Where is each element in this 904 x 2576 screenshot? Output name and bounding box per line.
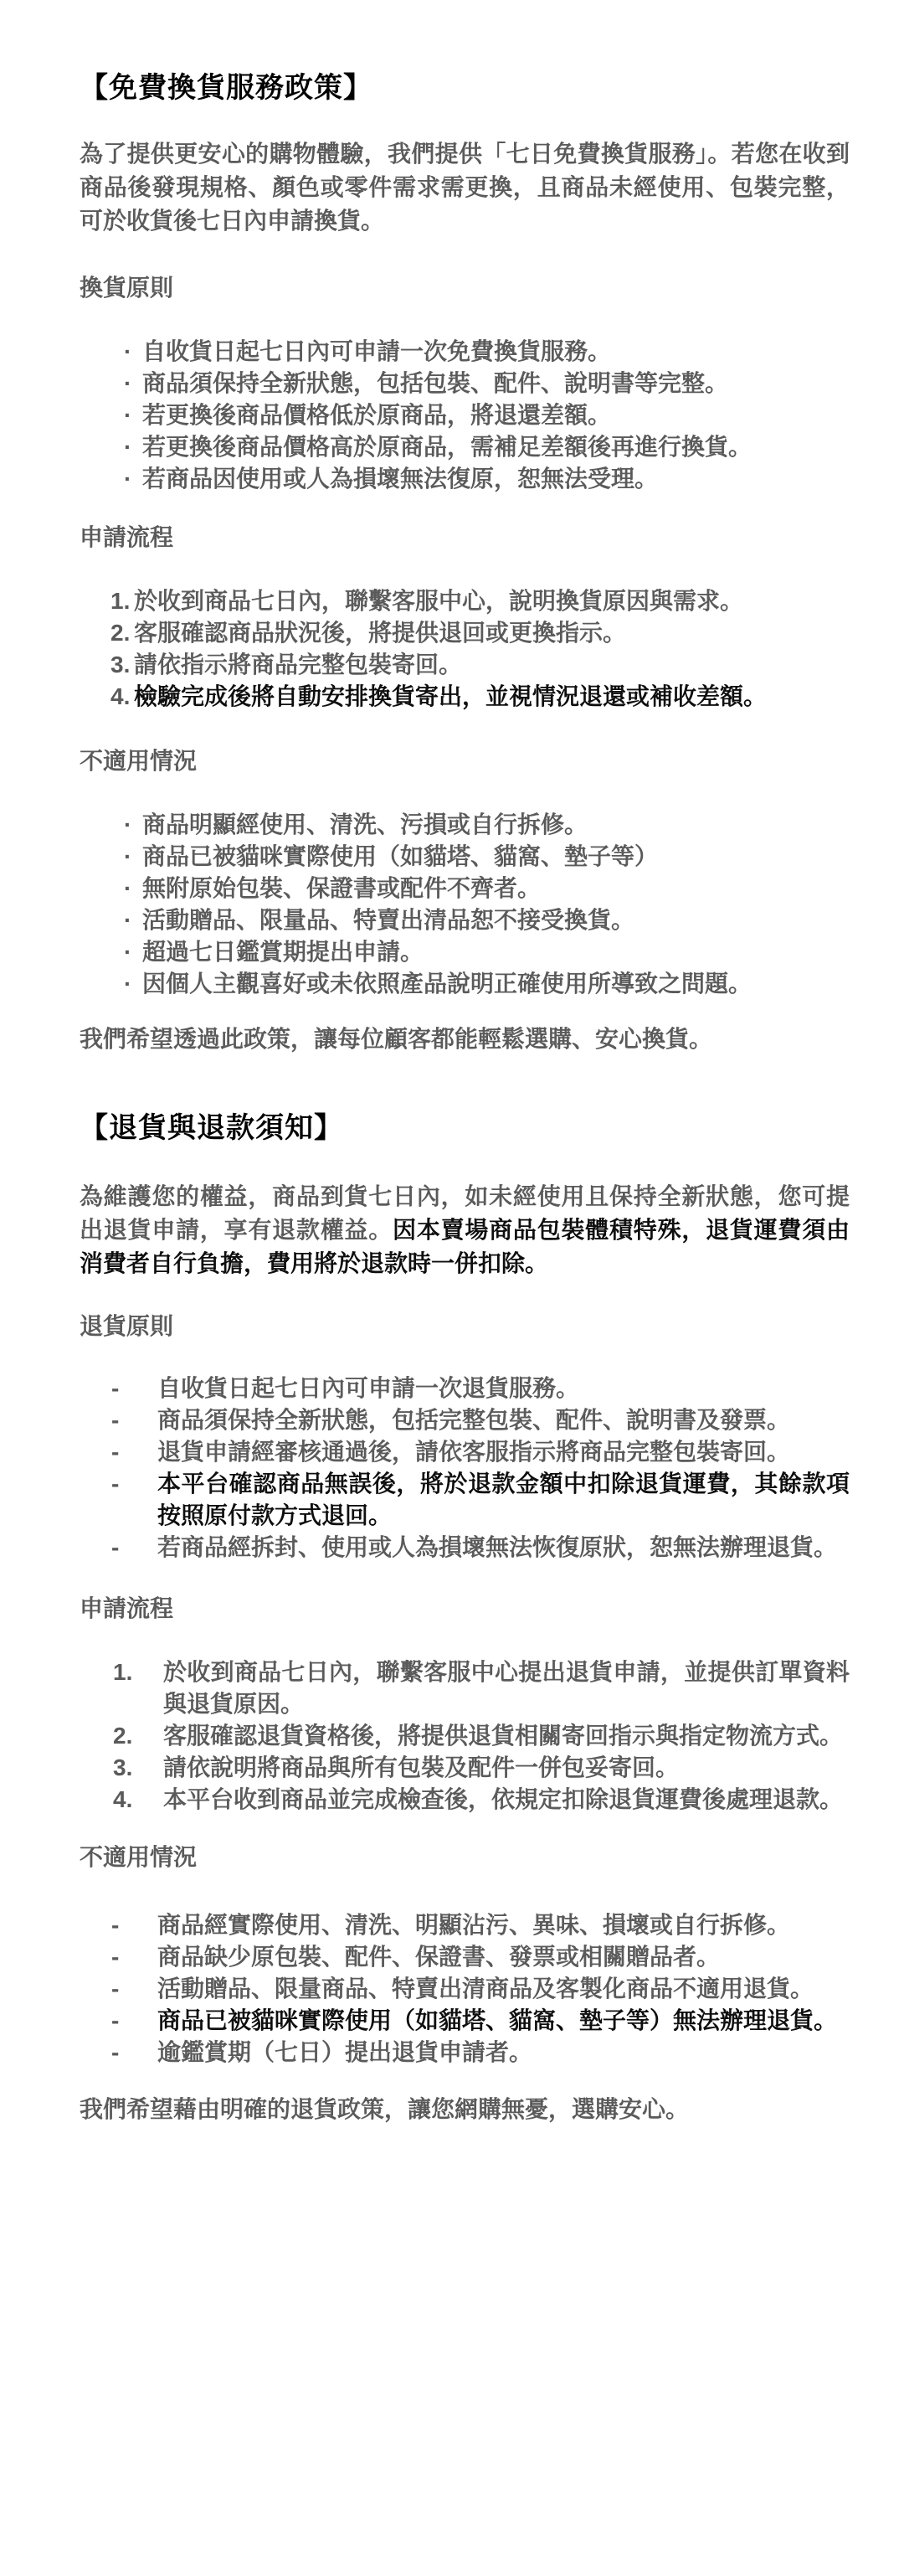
bullet-dash-icon: - bbox=[111, 1909, 157, 1941]
list-item: ·活動贈品、限量品、特賣出清品恕不接受換貨。 bbox=[80, 904, 850, 936]
list-item: 4.檢驗完成後將自動安排換貨寄出，並視情況退還或補收差額。 bbox=[80, 681, 850, 713]
bullet-dash-icon: - bbox=[111, 1468, 157, 1532]
list-number: 3. bbox=[113, 1752, 163, 1784]
bullet-dot-icon: · bbox=[124, 399, 142, 431]
list-item: 2.客服確認商品狀況後，將提供退回或更換指示。 bbox=[80, 617, 850, 649]
refund-exclusions-list: -商品經實際使用、清洗、明顯沾污、異味、損壞或自行拆修。 -商品缺少原包裝、配件… bbox=[80, 1909, 850, 2069]
list-number: 4. bbox=[113, 1784, 163, 1816]
list-item: 1.於收到商品七日內，聯繫客服中心，說明換貨原因與需求。 bbox=[80, 585, 850, 617]
list-item: 3.請依說明將商品與所有包裝及配件一併包妥寄回。 bbox=[80, 1752, 850, 1784]
section-heading-exchange-process: 申請流程 bbox=[80, 521, 850, 554]
bullet-dot-icon: · bbox=[124, 463, 142, 495]
list-item: ·無附原始包裝、保證書或配件不齊者。 bbox=[80, 873, 850, 904]
list-item: -逾鑑賞期（七日）提出退貨申請者。 bbox=[80, 2037, 850, 2069]
exchange-intro-paragraph: 為了提供更安心的購物體驗，我們提供「七日免費換貨服務」。若您在收到商品後發現規格… bbox=[80, 137, 850, 238]
bullet-dot-icon: · bbox=[124, 336, 142, 368]
list-item: -商品已被貓咪實際使用（如貓塔、貓窩、墊子等）無法辦理退貨。 bbox=[80, 2005, 850, 2037]
bullet-dash-icon: - bbox=[111, 1532, 157, 1564]
exchange-closing-paragraph: 我們希望透過此政策，讓每位顧客都能輕鬆選購、安心換貨。 bbox=[80, 1023, 850, 1056]
list-item: -自收貨日起七日內可申請一次退貨服務。 bbox=[80, 1373, 850, 1404]
bullet-dash-icon: - bbox=[111, 2005, 157, 2037]
exchange-exclusions-list: ·商品明顯經使用、清洗、污損或自行拆修。 ·商品已被貓咪實際使用（如貓塔、貓窩、… bbox=[80, 809, 850, 1000]
list-item: 4.本平台收到商品並完成檢查後，依規定扣除退貨運費後處理退款。 bbox=[80, 1784, 850, 1816]
section-heading-refund-rules: 退貨原則 bbox=[80, 1310, 850, 1343]
list-number: 2. bbox=[110, 617, 134, 649]
refund-rules-list: -自收貨日起七日內可申請一次退貨服務。 -商品須保持全新狀態，包括完整包裝、配件… bbox=[80, 1373, 850, 1564]
refund-closing-paragraph: 我們希望藉由明確的退貨政策，讓您網購無憂，選購安心。 bbox=[80, 2093, 850, 2126]
list-item: -若商品經拆封、使用或人為損壞無法恢復原狀，恕無法辦理退貨。 bbox=[80, 1532, 850, 1564]
refund-intro-paragraph: 為維護您的權益，商品到貨七日內，如未經使用且保持全新狀態，您可提出退貨申請，享有… bbox=[80, 1180, 850, 1280]
list-number: 1. bbox=[110, 585, 134, 617]
bullet-dot-icon: · bbox=[124, 936, 142, 968]
bullet-dot-icon: · bbox=[124, 841, 142, 873]
list-item: 1.於收到商品七日內，聯繫客服中心提出退貨申請，並提供訂單資料與退貨原因。 bbox=[80, 1656, 850, 1720]
section-heading-refund-process: 申請流程 bbox=[80, 1592, 850, 1625]
list-item: ·商品已被貓咪實際使用（如貓塔、貓窩、墊子等） bbox=[80, 841, 850, 873]
list-item: ·超過七日鑑賞期提出申請。 bbox=[80, 936, 850, 968]
list-item: -商品缺少原包裝、配件、保證書、發票或相關贈品者。 bbox=[80, 1941, 850, 1973]
policy-document: 【免費換貨服務政策】 為了提供更安心的購物體驗，我們提供「七日免費換貨服務」。若… bbox=[80, 0, 850, 2126]
list-number: 1. bbox=[113, 1656, 163, 1720]
bullet-dash-icon: - bbox=[111, 1941, 157, 1973]
refund-process-list: 1.於收到商品七日內，聯繫客服中心提出退貨申請，並提供訂單資料與退貨原因。 2.… bbox=[80, 1656, 850, 1816]
list-number: 3. bbox=[110, 649, 134, 681]
list-item: -商品須保持全新狀態，包括完整包裝、配件、說明書及發票。 bbox=[80, 1404, 850, 1436]
list-item: ·因個人主觀喜好或未依照產品說明正確使用所導致之問題。 bbox=[80, 968, 850, 1000]
exchange-rules-list: ·自收貨日起七日內可申請一次免費換貨服務。 ·商品須保持全新狀態，包括包裝、配件… bbox=[80, 336, 850, 495]
refund-policy-title: 【退貨與退款須知】 bbox=[80, 1109, 850, 1147]
bullet-dash-icon: - bbox=[111, 2037, 157, 2069]
section-heading-exchange-exclusions: 不適用情況 bbox=[80, 744, 850, 778]
list-item: ·若商品因使用或人為損壞無法復原，恕無法受理。 bbox=[80, 463, 850, 495]
exchange-policy-title: 【免費換貨服務政策】 bbox=[80, 69, 850, 107]
bullet-dot-icon: · bbox=[124, 809, 142, 841]
bullet-dash-icon: - bbox=[111, 1973, 157, 2005]
bullet-dot-icon: · bbox=[124, 368, 142, 399]
bullet-dash-icon: - bbox=[111, 1436, 157, 1468]
list-item: ·商品明顯經使用、清洗、污損或自行拆修。 bbox=[80, 809, 850, 841]
section-heading-refund-exclusions: 不適用情況 bbox=[80, 1841, 850, 1874]
exchange-process-list: 1.於收到商品七日內，聯繫客服中心，說明換貨原因與需求。 2.客服確認商品狀況後… bbox=[80, 585, 850, 713]
section-heading-exchange-rules: 換貨原則 bbox=[80, 271, 850, 305]
list-item: ·若更換後商品價格低於原商品，將退還差額。 bbox=[80, 399, 850, 431]
list-number: 4. bbox=[110, 681, 134, 713]
list-item: -活動贈品、限量商品、特賣出清商品及客製化商品不適用退貨。 bbox=[80, 1973, 850, 2005]
list-number: 2. bbox=[113, 1720, 163, 1752]
list-item: ·若更換後商品價格高於原商品，需補足差額後再進行換貨。 bbox=[80, 431, 850, 463]
list-item: -退貨申請經審核通過後，請依客服指示將商品完整包裝寄回。 bbox=[80, 1436, 850, 1468]
list-item: ·商品須保持全新狀態，包括包裝、配件、說明書等完整。 bbox=[80, 368, 850, 399]
list-item: -本平台確認商品無誤後，將於退款金額中扣除退貨運費，其餘款項按照原付款方式退回。 bbox=[80, 1468, 850, 1532]
bullet-dot-icon: · bbox=[124, 431, 142, 463]
list-item: -商品經實際使用、清洗、明顯沾污、異味、損壞或自行拆修。 bbox=[80, 1909, 850, 1941]
bullet-dash-icon: - bbox=[111, 1373, 157, 1404]
bullet-dot-icon: · bbox=[124, 968, 142, 1000]
list-item: 3.請依指示將商品完整包裝寄回。 bbox=[80, 649, 850, 681]
list-item: 2.客服確認退貨資格後，將提供退貨相關寄回指示與指定物流方式。 bbox=[80, 1720, 850, 1752]
bullet-dot-icon: · bbox=[124, 904, 142, 936]
list-item: ·自收貨日起七日內可申請一次免費換貨服務。 bbox=[80, 336, 850, 368]
bullet-dot-icon: · bbox=[124, 873, 142, 904]
bullet-dash-icon: - bbox=[111, 1404, 157, 1436]
